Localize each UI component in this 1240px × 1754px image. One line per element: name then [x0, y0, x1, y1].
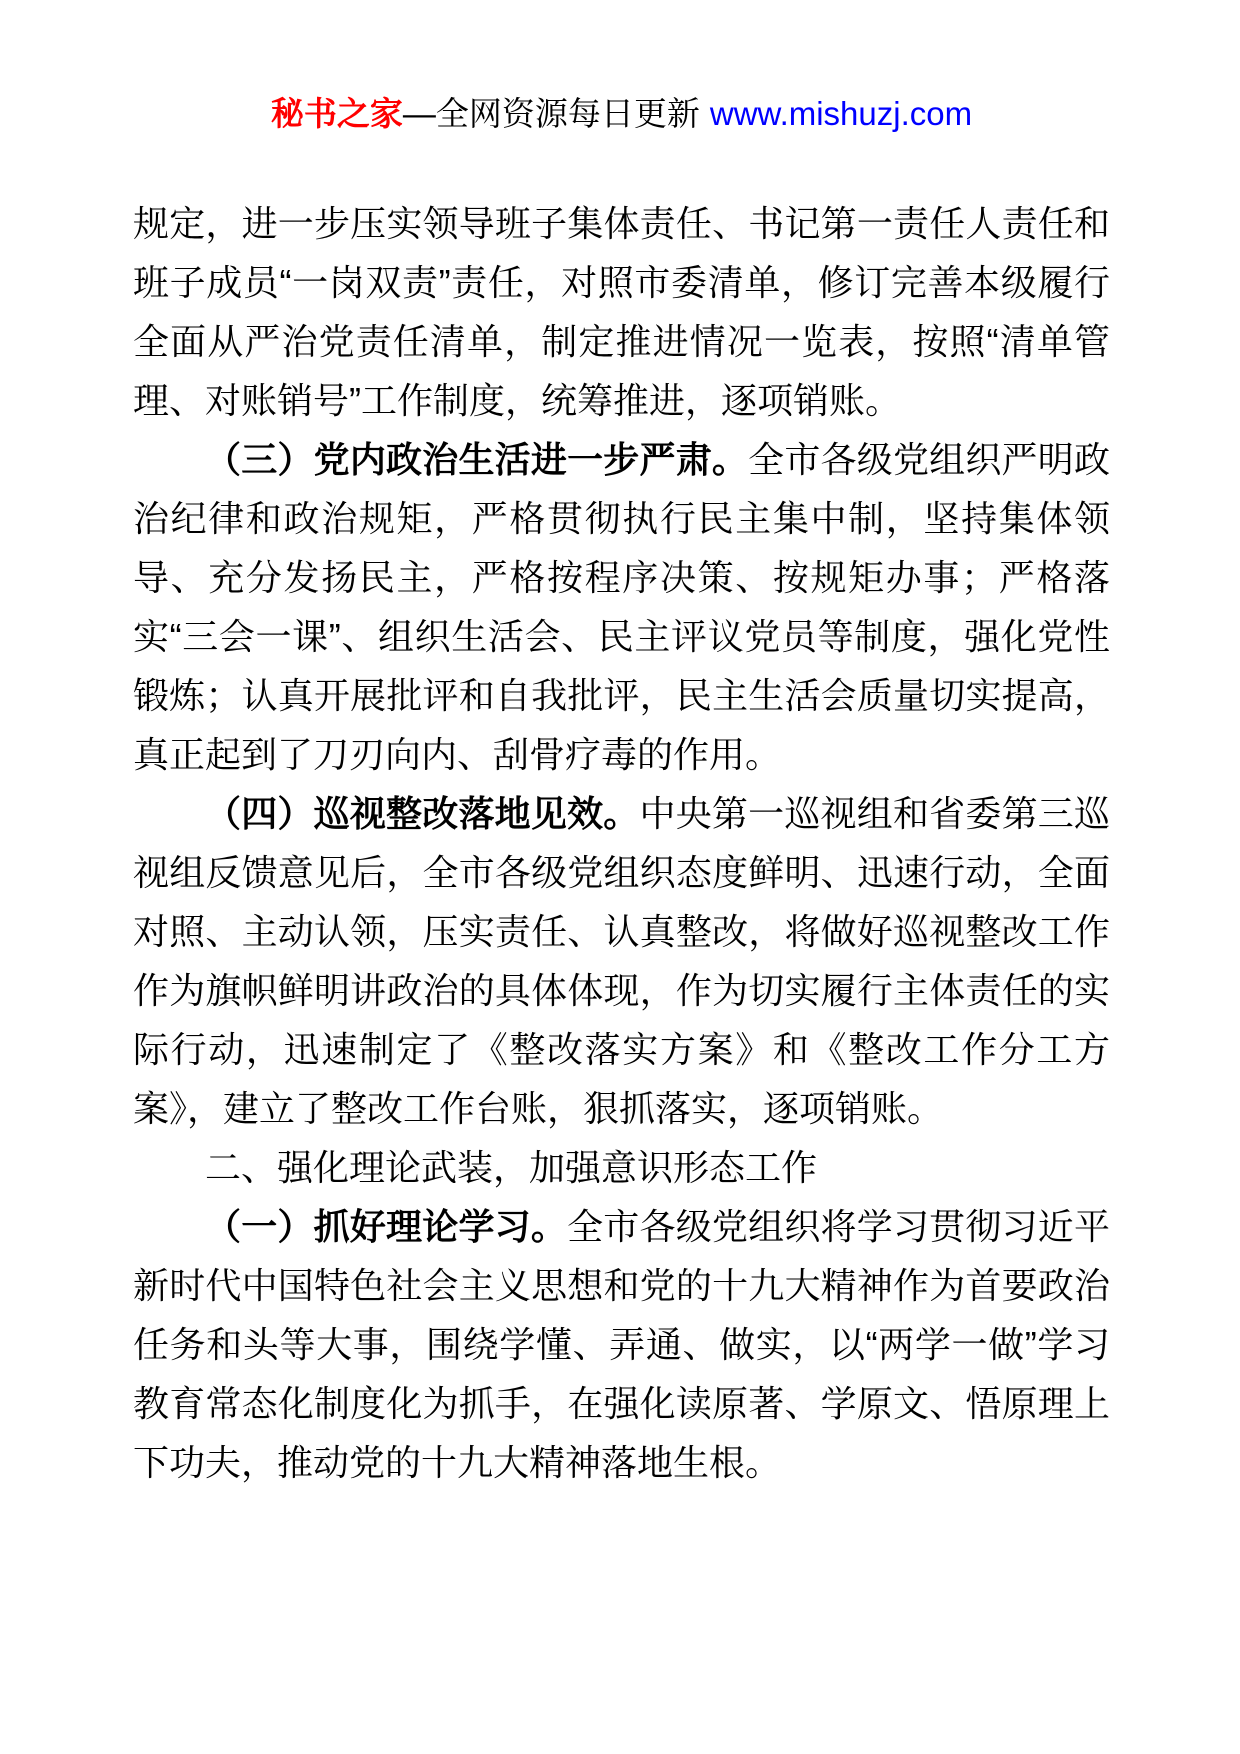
paragraph-text: 全市各级党组织严明政治纪律和政治规矩，严格贯彻执行民主集中制，坚持集体领导、充分… [133, 439, 1110, 775]
paragraph: （三）党内政治生活进一步严肃。全市各级党组织严明政治纪律和政治规矩，严格贯彻执行… [133, 430, 1110, 784]
paragraph-lead: （一）抓好理论学习。 [205, 1206, 567, 1247]
paragraph: （四）巡视整改落地见效。中央第一巡视组和省委第三巡视组反馈意见后，全市各级党组织… [133, 784, 1110, 1138]
paragraph-text: 二、强化理论武装，加强意识形态工作 [205, 1147, 817, 1188]
paragraph: 规定，进一步压实领导班子集体责任、书记第一责任人责任和班子成员“一岗双责”责任，… [133, 194, 1110, 430]
document-page: 秘书之家—全网资源每日更新www.mishuzj.com 规定，进一步压实领导班… [0, 0, 1240, 1754]
site-header: 秘书之家—全网资源每日更新www.mishuzj.com [133, 92, 1110, 136]
header-tagline: —全网资源每日更新 [403, 95, 700, 132]
document-body: 规定，进一步压实领导班子集体责任、书记第一责任人责任和班子成员“一岗双责”责任，… [133, 194, 1110, 1492]
paragraph: 二、强化理论武装，加强意识形态工作 [133, 1138, 1110, 1197]
paragraph-lead: （四）巡视整改落地见效。 [205, 793, 640, 834]
paragraph-text: 规定，进一步压实领导班子集体责任、书记第一责任人责任和班子成员“一岗双责”责任，… [133, 203, 1110, 421]
header-url[interactable]: www.mishuzj.com [710, 95, 972, 132]
paragraph-text: 全市各级党组织将学习贯彻习近平新时代中国特色社会主义思想和党的十九大精神作为首要… [133, 1206, 1110, 1483]
paragraph-lead: （三）党内政治生活进一步严肃。 [205, 439, 748, 480]
paragraph-text: 中央第一巡视组和省委第三巡视组反馈意见后，全市各级党组织态度鲜明、迅速行动，全面… [133, 793, 1110, 1129]
header-brand: 秘书之家 [271, 95, 403, 132]
paragraph: （一）抓好理论学习。全市各级党组织将学习贯彻习近平新时代中国特色社会主义思想和党… [133, 1197, 1110, 1492]
